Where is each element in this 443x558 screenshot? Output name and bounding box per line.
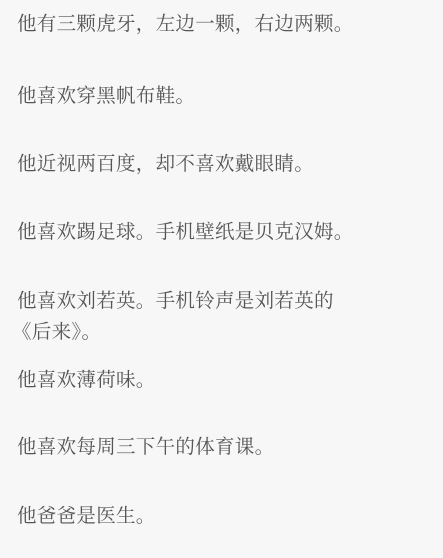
text-line-continuation: 《后来》。 <box>12 317 101 347</box>
text-line: 他喜欢每周三下午的体育课。 <box>17 432 274 462</box>
text-line: 他喜欢刘若英。手机铃声是刘若英的 <box>17 286 334 316</box>
text-line: 他喜欢踢足球。手机壁纸是贝克汉姆。 <box>17 217 354 247</box>
text-line: 他喜欢薄荷味。 <box>17 365 156 395</box>
text-line: 他喜欢穿黑帆布鞋。 <box>17 81 195 111</box>
text-line: 他有三颗虎牙，左边一颗，右边两颗。 <box>17 9 354 39</box>
text-line: 他近视两百度，却不喜欢戴眼睛。 <box>17 149 314 179</box>
text-line: 他爸爸是医生。 <box>17 501 156 531</box>
